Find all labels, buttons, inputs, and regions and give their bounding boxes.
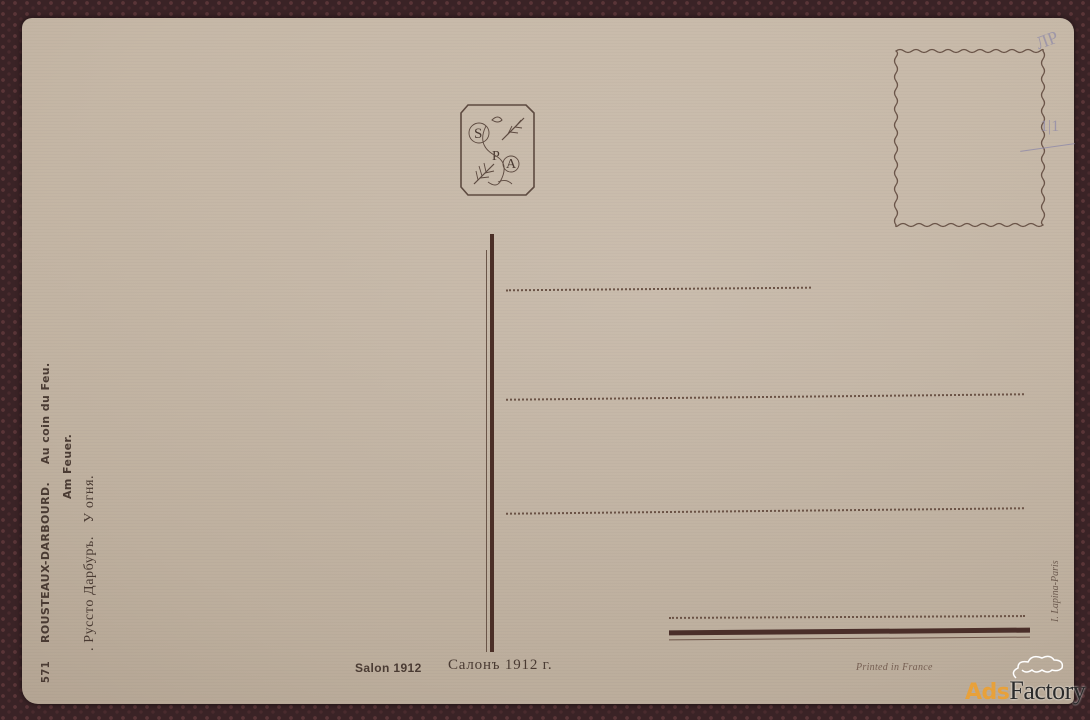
vertical-divider-thin (486, 250, 487, 652)
title-russian: У огня. (82, 475, 97, 523)
svg-text:S: S (474, 126, 482, 142)
vertical-divider (490, 234, 494, 652)
title-german: Am Feuer. (61, 434, 74, 499)
salon-cyrillic: Салонъ 1912 г. (448, 657, 552, 674)
watermark-ads: Ads (965, 680, 1009, 705)
caption-block: 571 ROUSTEAUX-DARBOURD. Au coin du Feu. … (34, 362, 100, 683)
printed-in-label: Printed in France (856, 662, 933, 673)
caption-row-latin: 571 ROUSTEAUX-DARBOURD. Au coin du Feu. (34, 362, 56, 683)
salon-latin: Salon 1912 (355, 661, 422, 675)
spa-monogram-logo: S P A (460, 104, 536, 196)
watermark-logo: AdsFactory (965, 676, 1085, 706)
svg-text:A: A (506, 157, 517, 172)
artist-cyrillic: . Руссто Дарбуръ. (82, 536, 97, 651)
caption-row-russian: . Руссто Дарбуръ. У огня. (78, 362, 100, 683)
watermark-factory: Factory (1009, 676, 1085, 705)
artist-latin: ROUSTEAUX-DARBOURD. (39, 482, 52, 643)
pencil-mark-side: 1|1 (1040, 118, 1059, 136)
title-french: Au coin du Feu. (39, 362, 52, 464)
catalog-number: 571 (39, 661, 52, 683)
publisher-label: I. Lapina-Paris (1050, 560, 1061, 622)
caption-row-german: Am Feuer. (56, 362, 78, 683)
stamp-placeholder-box (893, 47, 1049, 237)
